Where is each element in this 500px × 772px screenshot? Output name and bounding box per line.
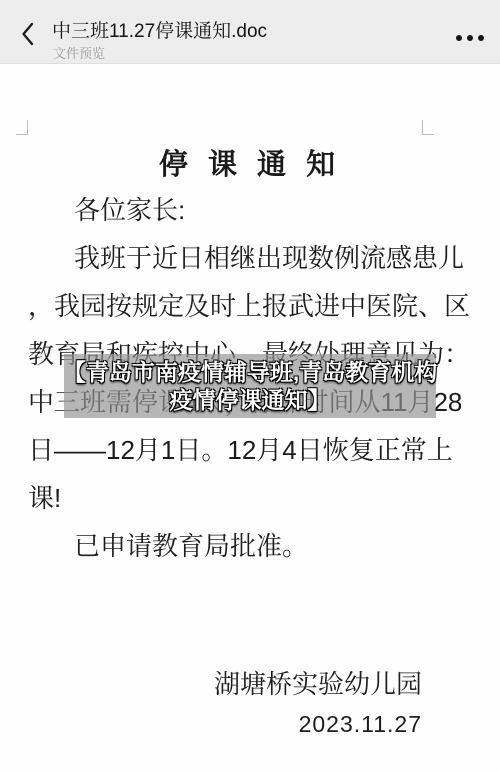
more-button[interactable] (456, 30, 484, 46)
back-button[interactable] (14, 22, 40, 48)
doc-line: ，我园按规定及时上报武进中医院、区 (28, 282, 472, 330)
doc-line: 课! (28, 474, 472, 522)
doc-title: 停 课 通 知 (0, 142, 500, 183)
document-preview-page: 停 课 通 知 各位家长: 我班于近日相继出现数例流感患儿 ，我园按规定及时上报… (0, 64, 500, 772)
file-title: 中三班11.27停课通知.doc (52, 16, 267, 43)
watermark-overlay: 【青岛市南疫情辅导班,青岛教育机构 疫情停课通知】 (64, 354, 436, 418)
watermark-line-2: 疫情停课通知】 (170, 386, 331, 414)
doc-line: 已申请教育局批准。 (28, 522, 472, 570)
preview-header: 中三班11.27停课通知.doc 文件预览 (0, 0, 500, 64)
watermark-line-1: 【青岛市南疫情辅导班,青岛教育机构 (63, 358, 437, 386)
signature-block: 湖塘桥实验幼儿园 2023.11.27 (28, 668, 422, 740)
ellipsis-icon (456, 35, 484, 41)
page-corner-mark-right (422, 120, 434, 135)
page-corner-mark-left (16, 120, 28, 135)
doc-line: 我班于近日相继出现数例流感患儿 (28, 234, 472, 282)
doc-line: 日——12月1日。12月4日恢复正常上 (28, 426, 472, 474)
doc-line: 各位家长: (28, 186, 472, 234)
signature: 湖塘桥实验幼儿园 (28, 668, 422, 700)
date: 2023.11.27 (28, 708, 422, 740)
file-preview-label: 文件预览 (53, 43, 105, 62)
chevron-left-icon (21, 22, 34, 49)
